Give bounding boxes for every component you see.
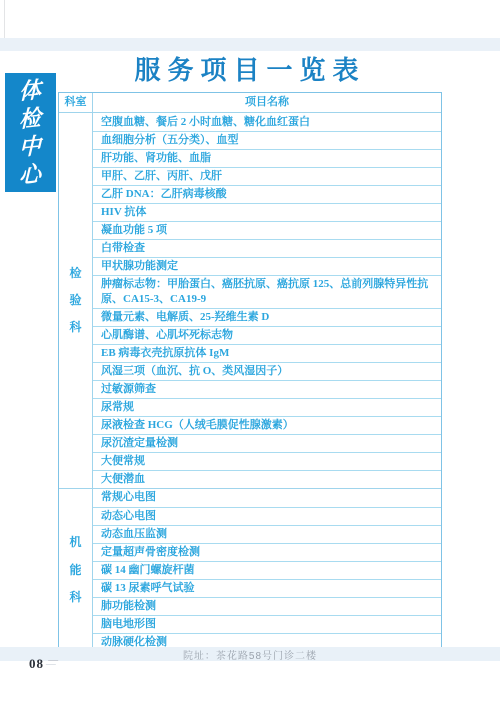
department-label: 检验科 <box>59 113 93 488</box>
sidebar-char-2: 检 <box>20 104 42 132</box>
footer-address: 院址：茶花路58号门诊二楼 <box>183 647 317 662</box>
table-row: 碳 14 幽门螺旋杆菌 <box>93 561 441 579</box>
table-row: 尿沉渣定量检测 <box>93 434 441 452</box>
table-row: 碳 13 尿素呼气试验 <box>93 579 441 597</box>
page-fold-line <box>4 0 5 38</box>
sidebar-char-3: 中 <box>20 132 42 160</box>
sidebar-char-4: 心 <box>20 160 42 188</box>
table-row: 过敏源筛查 <box>93 380 441 398</box>
table-row: 常规心电图 <box>93 489 441 507</box>
table-row: 大便潜血 <box>93 470 441 488</box>
page-number-ornament <box>46 660 59 665</box>
table-row: 尿液检查 HCG（人绒毛膜促性腺激素） <box>93 416 441 434</box>
table-row: 动态血压监测 <box>93 525 441 543</box>
table-row: 定量超声骨密度检测 <box>93 543 441 561</box>
table-header-dept: 科室 <box>59 93 93 112</box>
table-row: 凝血功能 5 项 <box>93 221 441 239</box>
sidebar-banner: 体 检 中 心 <box>5 73 56 192</box>
section-rows: 常规心电图动态心电图动态血压监测定量超声骨密度检测碳 14 幽门螺旋杆菌碳 13… <box>93 489 441 651</box>
department-char: 验 <box>69 292 81 308</box>
table-row: HIV 抗体 <box>93 203 441 221</box>
table-row: 风湿三项（血沉、抗 O、类风湿因子） <box>93 362 441 380</box>
department-char: 机 <box>69 534 81 550</box>
table-row: 肝功能、肾功能、血脂 <box>93 149 441 167</box>
page-title: 服务项目一览表 <box>58 50 442 87</box>
table-row: 大便常规 <box>93 452 441 470</box>
service-table: 科室 项目名称 检验科空腹血糖、餐后 2 小时血糖、糖化血红蛋白血细胞分析（五分… <box>58 92 442 652</box>
sidebar-char-1: 体 <box>20 76 42 104</box>
table-row: 白带检查 <box>93 239 441 257</box>
department-char: 检 <box>69 265 81 281</box>
table-row: 肺功能检测 <box>93 597 441 615</box>
footer-band: 院址：茶花路58号门诊二楼 <box>0 647 500 661</box>
table-row: 甲状腺功能测定 <box>93 257 441 275</box>
table-row: 空腹血糖、餐后 2 小时血糖、糖化血红蛋白 <box>93 113 441 131</box>
table-row: 血细胞分析（五分类）、血型 <box>93 131 441 149</box>
table-body: 检验科空腹血糖、餐后 2 小时血糖、糖化血红蛋白血细胞分析（五分类）、血型肝功能… <box>59 113 441 651</box>
table-row: 心肌酶谱、心肌坏死标志物 <box>93 326 441 344</box>
table-row: 乙肝 DNA：乙肝病毒核酸 <box>93 185 441 203</box>
department-char: 科 <box>69 319 81 335</box>
page-number: 08 <box>29 656 44 672</box>
table-row: 尿常规 <box>93 398 441 416</box>
table-section-2: 机能科常规心电图动态心电图动态血压监测定量超声骨密度检测碳 14 幽门螺旋杆菌碳… <box>59 488 441 651</box>
table-header-name: 项目名称 <box>93 93 441 112</box>
department-char: 科 <box>69 589 81 605</box>
department-char: 能 <box>69 562 81 578</box>
table-row: 脑电地形图 <box>93 615 441 633</box>
table-row: 肿瘤标志物：甲胎蛋白、癌胚抗原、癌抗原 125、总前列腺特异性抗原、CA15-3… <box>93 275 441 308</box>
table-row: 动态心电图 <box>93 507 441 525</box>
table-section-1: 检验科空腹血糖、餐后 2 小时血糖、糖化血红蛋白血细胞分析（五分类）、血型肝功能… <box>59 113 441 488</box>
table-row: 甲肝、乙肝、丙肝、戊肝 <box>93 167 441 185</box>
table-header-row: 科室 项目名称 <box>59 93 441 113</box>
table-row: 微量元素、电解质、25-羟维生素 D <box>93 308 441 326</box>
department-label: 机能科 <box>59 489 93 651</box>
table-row: EB 病毒衣壳抗原抗体 IgM <box>93 344 441 362</box>
section-rows: 空腹血糖、餐后 2 小时血糖、糖化血红蛋白血细胞分析（五分类）、血型肝功能、肾功… <box>93 113 441 488</box>
